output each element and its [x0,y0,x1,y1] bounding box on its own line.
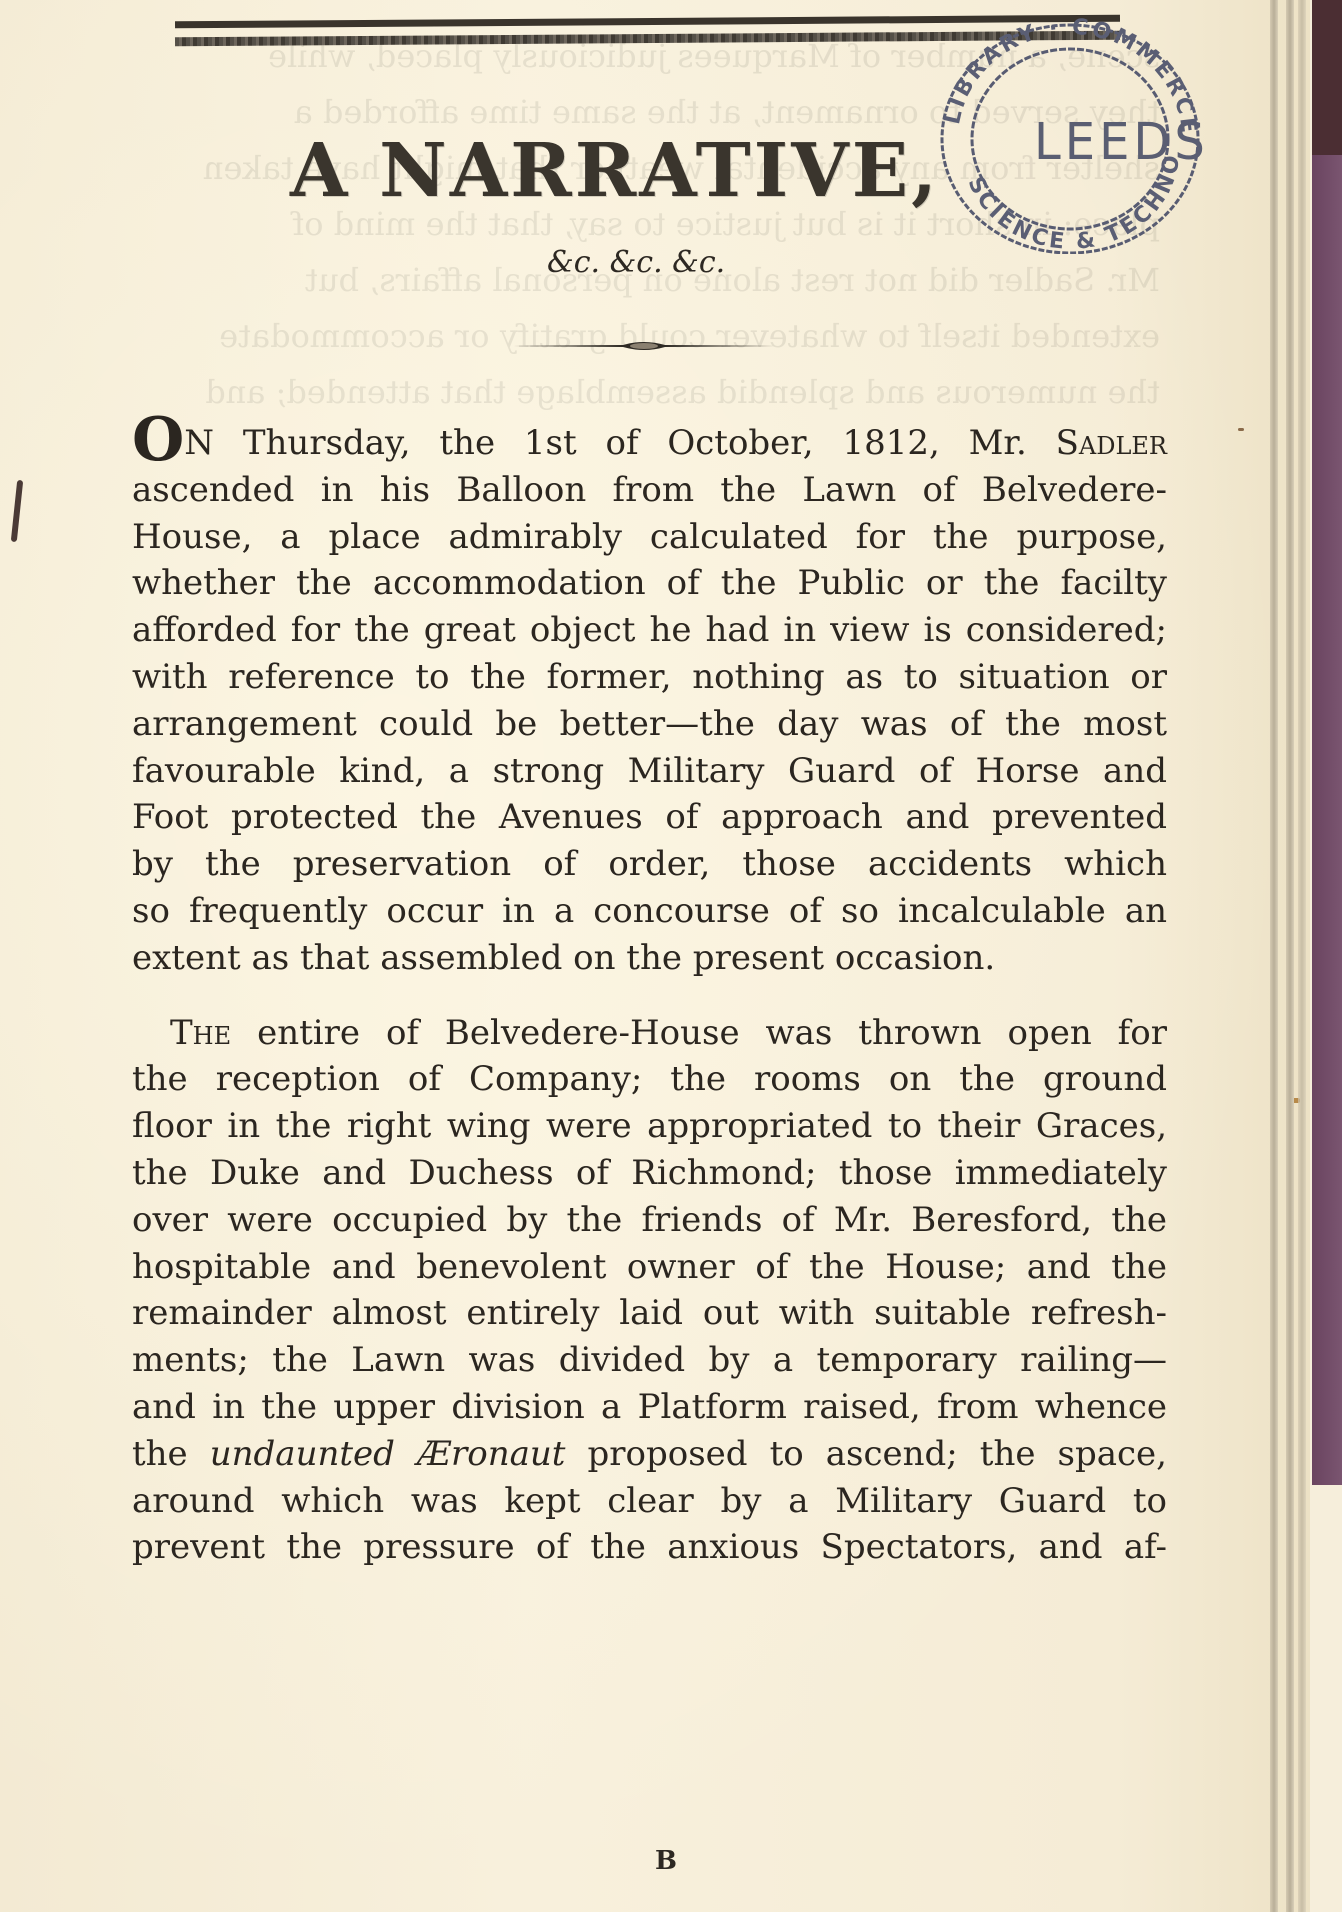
narrative-body: ON Thursday, the 1st of October, 1812, M… [132,420,1167,1571]
text-line: hospitable and benevolent owner of the H… [132,1244,1167,1291]
text-line: arrangement could be better—the day was … [132,701,1167,748]
text-line: so frequently occur in a concourse of so… [132,888,1167,935]
text-line: ments; the Lawn was divided by a tempora… [132,1337,1167,1384]
book-binding-purple [1312,155,1342,1485]
stamp-city: LEEDS [1034,113,1209,172]
text-line: whether the accommodation of the Public … [132,560,1167,607]
text-line: the reception of Company; the rooms on t… [132,1056,1167,1103]
page-edge-line [1286,0,1294,1912]
text-line: ON Thursday, the 1st of October, 1812, M… [132,420,1167,467]
book-page: scene, a number of Marquees judiciously … [0,0,1310,1912]
ornamental-rule-icon [513,339,775,353]
text-line: around which was kept clear by a Militar… [132,1478,1167,1525]
text-line: and in the upper division a Platform rai… [132,1384,1167,1431]
title-etcetera: &c. &c. &c. [547,245,725,280]
text-line: prevent the pressure of the anxious Spec… [132,1524,1167,1571]
text-line: remainder almost entirely laid out with … [132,1290,1167,1337]
library-stamp: LIBRARY · COMMERCE SCIENCE & TECHNOLOGY … [928,14,1213,254]
text-line: favourable kind, a strong Military Guard… [132,748,1167,795]
text-line: ascended in his Balloon from the Lawn of… [132,467,1167,514]
book-binding-dark [1312,0,1342,155]
text-line: by the preservation of order, those acci… [132,841,1167,888]
text-line: House, a place admirably calculated for … [132,514,1167,561]
page-edge-line [1298,0,1306,1912]
text-line: the Duke and Duchess of Richmond; those … [132,1150,1167,1197]
paragraph: The entire of Belvedere-House was thrown… [132,1010,1167,1572]
text-line: afforded for the great object he had in … [132,607,1167,654]
text-line: extent as that assembled on the present … [132,935,1167,982]
margin-pencil-mark [11,480,23,542]
text-line: The entire of Belvedere-House was thrown… [132,1010,1167,1057]
page-edges [1272,0,1342,1912]
page-title: A NARRATIVE, [290,128,990,214]
text-line: over were occupied by the friends of Mr.… [132,1197,1167,1244]
signature-mark: B [655,1846,677,1876]
page-edge-line [1270,0,1278,1912]
drop-cap: O [132,405,184,475]
text-line: floor in the right wing were appropriate… [132,1103,1167,1150]
paper-foxing-speck [1238,428,1244,431]
text-line: Foot protected the Avenues of approach a… [132,794,1167,841]
text-line: with reference to the former, nothing as… [132,654,1167,701]
paragraph: ON Thursday, the 1st of October, 1812, M… [132,420,1167,982]
text-line: the undaunted Æronaut proposed to ascend… [132,1431,1167,1478]
